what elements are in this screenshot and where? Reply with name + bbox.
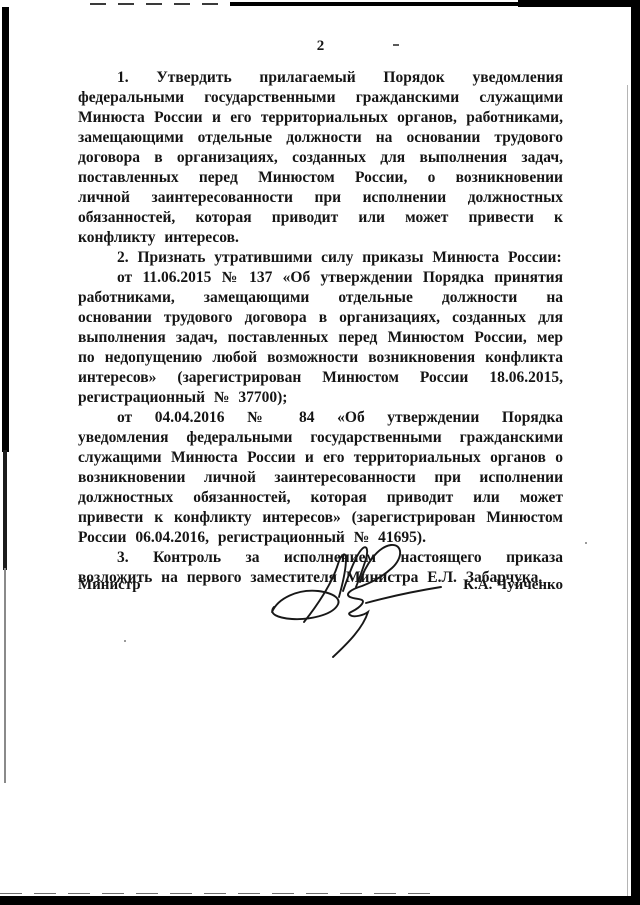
- scan-border-left-top: [2, 7, 9, 452]
- document-paragraph-2: 2. Признать утратившими силу приказы Мин…: [78, 248, 563, 268]
- document-paragraph-1: 1. Утвердить прилагаемый Порядок уведомл…: [78, 68, 563, 248]
- scan-border-top-right: [518, 0, 640, 7]
- scanned-document-page: 2 1. Утвердить прилагаемый Порядок уведо…: [0, 0, 640, 905]
- scan-border-bottom-line: [0, 893, 432, 894]
- scan-speck: [124, 640, 126, 642]
- document-paragraph-3: от 11.06.2015 № 137 «Об утверждении Поря…: [78, 268, 563, 408]
- signature-scribble-icon: [258, 536, 444, 665]
- document-body: 1. Утвердить прилагаемый Порядок уведомл…: [78, 68, 563, 588]
- page-number: 2: [78, 38, 563, 55]
- scan-border-left-middle: [3, 450, 7, 570]
- minister-name-label: К.А. Чуйченко: [463, 577, 563, 594]
- minister-title-label: Министр: [78, 577, 141, 594]
- document-paragraph-4: от 04.04.2016 № 84 «Об утверждении Поряд…: [78, 408, 563, 548]
- scan-border-bottom: [0, 896, 640, 905]
- scan-border-right-line: [627, 85, 628, 905]
- scan-border-top-dashes: [90, 3, 232, 5]
- scan-border-left-fade: [4, 568, 6, 783]
- scan-border-right: [631, 0, 640, 905]
- scan-speck: [585, 542, 587, 544]
- scan-border-top-line: [230, 2, 522, 6]
